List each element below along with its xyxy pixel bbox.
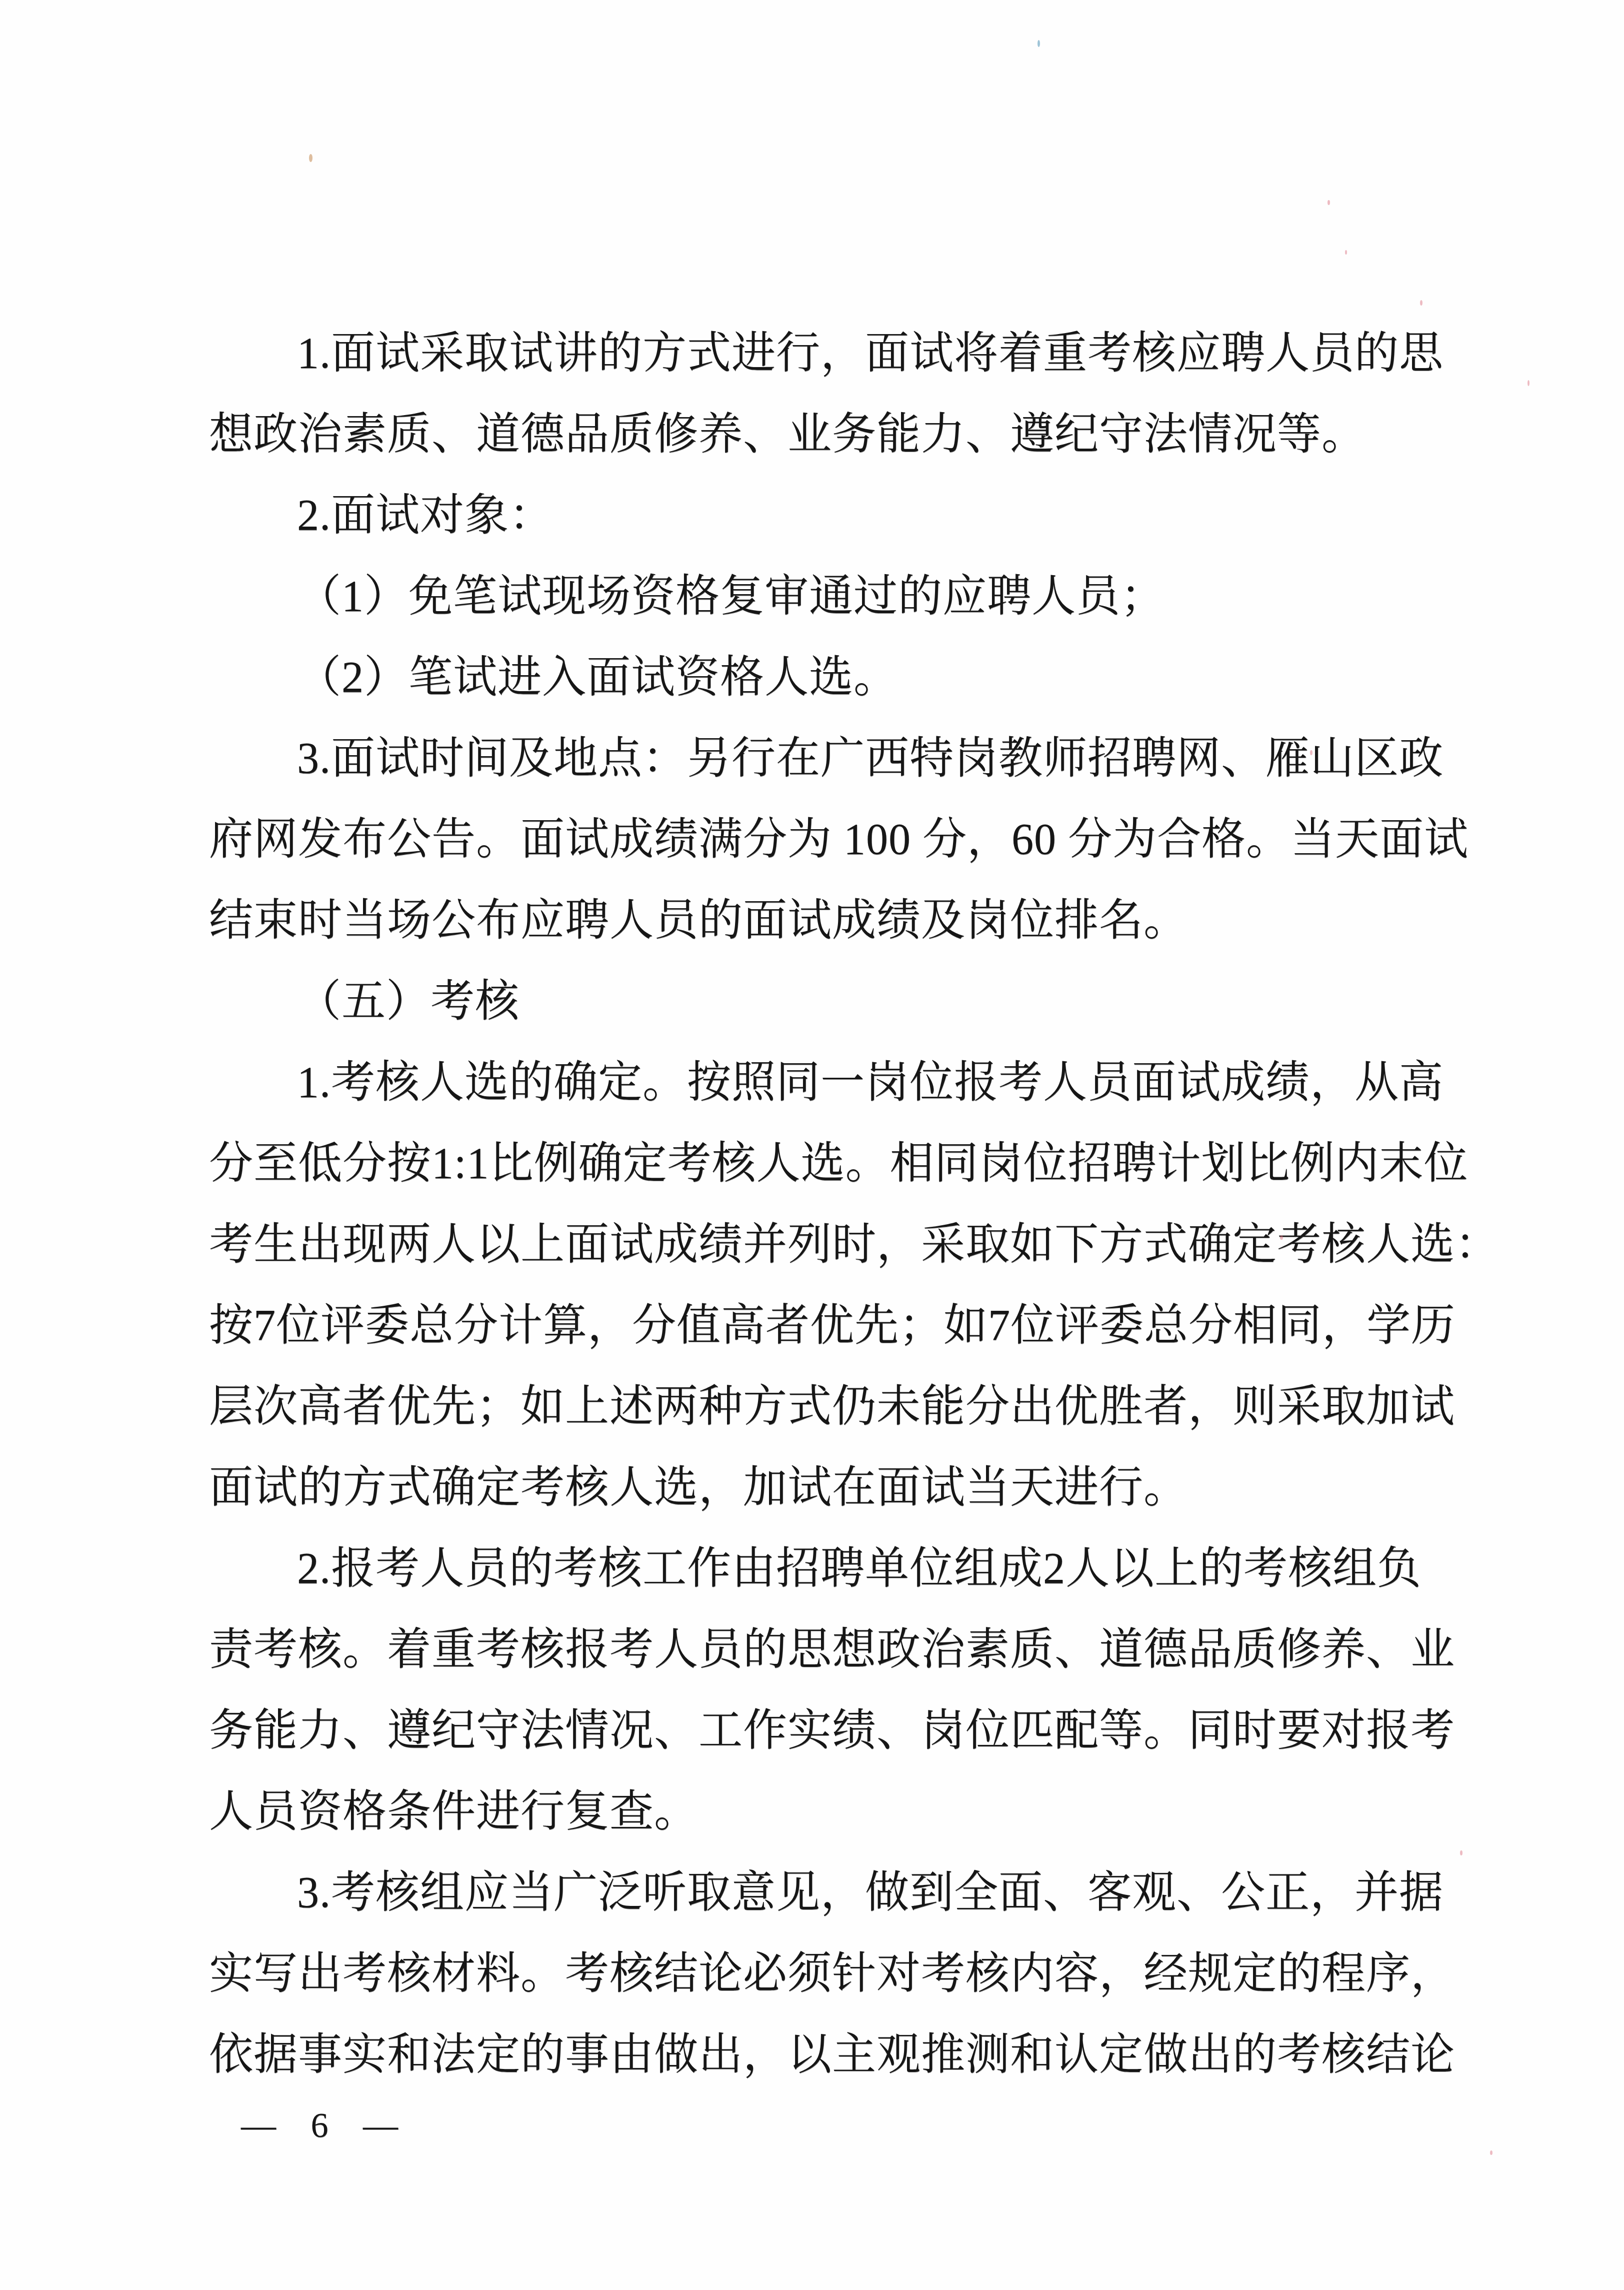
text-line: 想政治素质、道德品质修养、业务能力、遵纪守法情况等。 xyxy=(209,394,1469,475)
text-line: 实写出考核材料。考核结论必须针对考核内容，经规定的程序， xyxy=(209,1933,1469,2014)
text-line: 2.报考人员的考核工作由招聘单位组成2人以上的考核组负 xyxy=(209,1528,1469,1609)
text-line: 人员资格条件进行复查。 xyxy=(209,1771,1469,1852)
text-line: （1）免笔试现场资格复审通过的应聘人员； xyxy=(209,556,1469,637)
document-page: 1.面试采取试讲的方式进行，面试将着重考核应聘人员的思 想政治素质、道德品质修养… xyxy=(0,0,1624,2290)
text-line: 3.面试时间及地点：另行在广西特岗教师招聘网、雁山区政 xyxy=(209,718,1469,799)
text-line: 2.面试对象： xyxy=(209,475,1469,556)
scan-speck xyxy=(1327,200,1330,205)
scan-speck xyxy=(1527,380,1529,386)
text-line: 责考核。着重考核报考人员的思想政治素质、道德品质修养、业 xyxy=(209,1609,1469,1690)
text-line: 分至低分按1:1比例确定考核人选。相同岗位招聘计划比例内末位 xyxy=(209,1123,1469,1204)
text-line: 考生出现两人以上面试成绩并列时，采取如下方式确定考核人选： xyxy=(209,1204,1469,1285)
text-line: 1.面试采取试讲的方式进行，面试将着重考核应聘人员的思 xyxy=(209,313,1469,394)
text-line: （五）考核 xyxy=(209,961,1469,1042)
scan-speck xyxy=(1420,300,1422,306)
page-number: — 6 — xyxy=(241,2098,399,2153)
text-line: 1.考核人选的确定。按照同一岗位报考人员面试成绩，从高 xyxy=(209,1042,1469,1123)
text-line: （2）笔试进入面试资格人选。 xyxy=(209,637,1469,718)
scan-speck xyxy=(309,154,312,162)
text-line: 务能力、遵纪守法情况、工作实绩、岗位匹配等。同时要对报考 xyxy=(209,1690,1469,1771)
text-line: 府网发布公告。面试成绩满分为 100 分，60 分为合格。当天面试 xyxy=(209,799,1469,880)
text-line: 层次高者优先；如上述两种方式仍未能分出优胜者，则采取加试 xyxy=(209,1366,1469,1447)
scan-speck xyxy=(1345,250,1347,255)
document-body: 1.面试采取试讲的方式进行，面试将着重考核应聘人员的思 想政治素质、道德品质修养… xyxy=(209,313,1469,2095)
scan-speck xyxy=(1460,1850,1462,1855)
text-line: 依据事实和法定的事由做出，以主观推测和认定做出的考核结论 xyxy=(209,2014,1469,2095)
scan-speck xyxy=(1280,1235,1283,1240)
text-line: 面试的方式确定考核人选，加试在面试当天进行。 xyxy=(209,1447,1469,1528)
text-line: 按7位评委总分计算，分值高者优先；如7位评委总分相同，学历 xyxy=(209,1285,1469,1366)
text-line: 3.考核组应当广泛听取意见，做到全面、客观、公正，并据 xyxy=(209,1852,1469,1933)
scan-speck xyxy=(1490,2150,1492,2155)
text-line: 结束时当场公布应聘人员的面试成绩及岗位排名。 xyxy=(209,880,1469,961)
scan-speck xyxy=(1310,750,1312,755)
scan-speck xyxy=(1037,40,1040,47)
